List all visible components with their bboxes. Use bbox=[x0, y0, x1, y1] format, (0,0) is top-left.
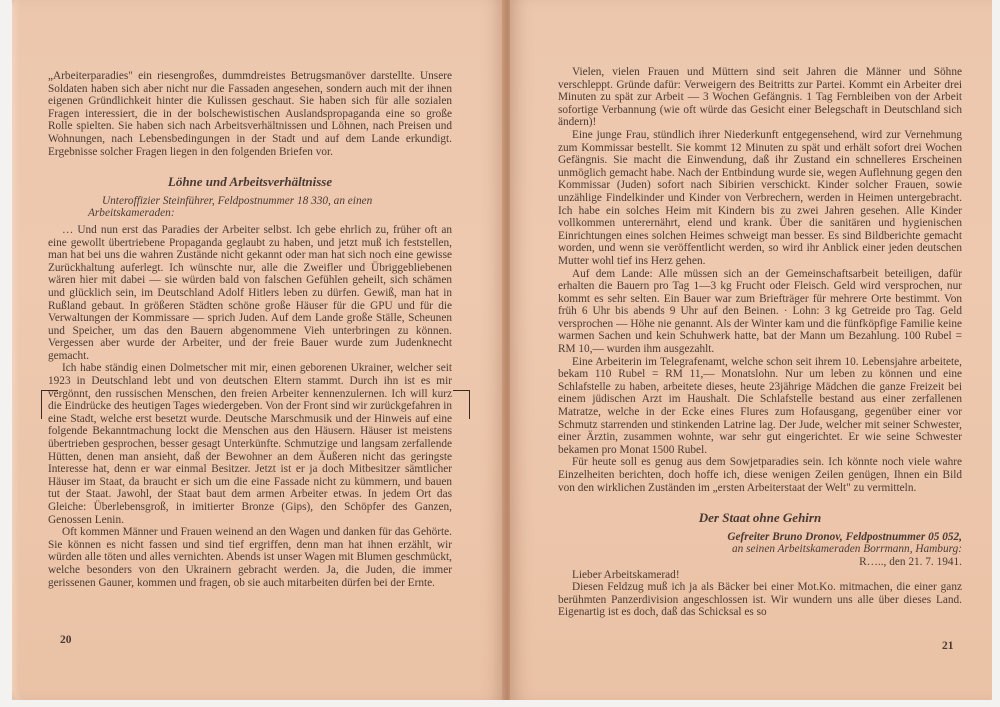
byline-dronov-text-1: Gefreiter Bruno Dronov, Feldpostnummer 0… bbox=[727, 531, 962, 543]
salutation: Lieber Arbeitskamerad! bbox=[558, 569, 962, 582]
byline-steinfuehrer: Unteroffizier Steinführer, Feldpostnumme… bbox=[48, 195, 452, 220]
body-paragraph: Ich habe ständig einen Dolmetscher mit m… bbox=[48, 362, 452, 526]
right-page: Vielen, vielen Frauen und Müttern sind s… bbox=[510, 0, 992, 700]
body-paragraph: Für heute soll es genug aus dem Sowjetpa… bbox=[558, 456, 962, 494]
byline-dronov-line1: Gefreiter Bruno Dronov, Feldpostnummer 0… bbox=[558, 531, 962, 544]
section-heading-loehne: Löhne und Arbeitsverhältnisse bbox=[48, 176, 452, 189]
section-heading-staat: Der Staat ohne Gehirn bbox=[558, 512, 962, 525]
page-number-left: 20 bbox=[60, 634, 72, 646]
body-paragraph: Auf dem Lande: Alle müssen sich an der G… bbox=[558, 268, 962, 356]
byline-dronov-line2: an seinen Arbeitskameraden Borrmann, Ham… bbox=[558, 543, 962, 556]
book-spread: „Arbeiterparadies" ein riesengroßes, dum… bbox=[12, 0, 1000, 700]
background-edge bbox=[992, 0, 1000, 700]
margin-bracket-close bbox=[453, 390, 470, 419]
body-paragraph: Eine junge Frau, stündlich ihrer Niederk… bbox=[558, 129, 962, 268]
right-page-body: Vielen, vielen Frauen und Müttern sind s… bbox=[558, 66, 962, 619]
body-paragraph: Vielen, vielen Frauen und Müttern sind s… bbox=[558, 66, 962, 129]
body-paragraph: Oft kommen Männer und Frauen weinend an … bbox=[48, 526, 452, 589]
left-page: „Arbeiterparadies" ein riesengroßes, dum… bbox=[12, 0, 504, 700]
margin-bracket-open bbox=[41, 390, 58, 419]
letter-paragraph: Diesen Feldzug muß ich ja als Bäcker bei… bbox=[558, 581, 962, 619]
intro-paragraph: „Arbeiterparadies" ein riesengroßes, dum… bbox=[48, 70, 452, 158]
body-paragraph: Eine Arbeiterin im Telegrafenamt, welche… bbox=[558, 356, 962, 457]
body-paragraph: … Und nun erst das Paradies der Arbeiter… bbox=[48, 224, 452, 363]
left-page-body: „Arbeiterparadies" ein riesengroßes, dum… bbox=[48, 70, 452, 589]
page-number-right: 21 bbox=[942, 640, 954, 652]
dateline: R….., den 21. 7. 1941. bbox=[558, 556, 962, 569]
